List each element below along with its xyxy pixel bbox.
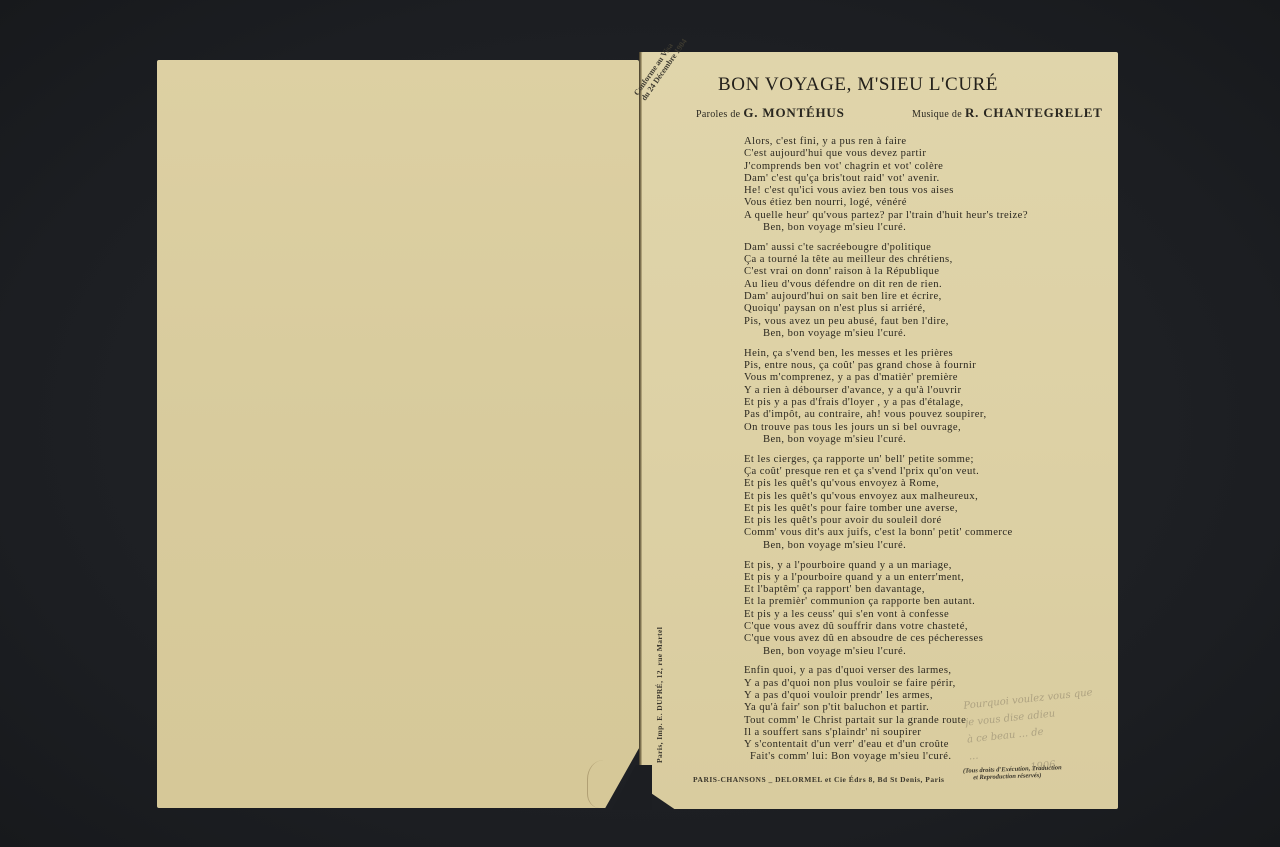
publisher-imprint: PARIS-CHANSONS _ DELORMEL et Cie Édrs 8,… [693, 775, 944, 784]
refrain-line: Ben, bon voyage m'sieu l'curé. [744, 328, 1028, 340]
lyric-line: On trouve pas tous les jours un si bel o… [744, 422, 1028, 434]
printer-imprint: Paris, Imp. E. DUPRÉ, 12, rue Martel [655, 627, 664, 763]
lyric-line: Comm' vous dit's aux juifs, c'est la bon… [744, 527, 1028, 539]
refrain-line: Ben, bon voyage m'sieu l'curé. [744, 434, 1028, 446]
lyric-line: Et pis les quêt's qu'vous envoyez à Rome… [744, 478, 1028, 490]
lyric-line: Et les cierges, ça rapporte un' bell' pe… [744, 454, 1028, 466]
refrain-line: Ben, bon voyage m'sieu l'curé. [744, 646, 1028, 658]
lyricist-credit: Paroles de G. MONTÉHUS [696, 105, 845, 121]
lyric-line: Pas d'impôt, au contraire, ah! vous pouv… [744, 409, 1028, 421]
lyric-line: Et pis y a les ceuss' qui s'en vont à co… [744, 609, 1028, 621]
lyric-line: Alors, c'est fini, y a pus ren à faire [744, 136, 1028, 148]
lyrics-body: Alors, c'est fini, y a pus ren à faire C… [744, 136, 1028, 771]
lyric-line: Et pis y a pas d'frais d'loyer , y a pas… [744, 397, 1028, 409]
left-page-blank [157, 60, 639, 808]
lyric-line: Ça a tourné la tête au meilleur des chré… [744, 254, 1028, 266]
center-fold [639, 52, 642, 770]
lyric-line: Dam' aujourd'hui on sait ben lire et écr… [744, 291, 1028, 303]
lyric-line: Et pis les quêt's qu'vous envoyez aux ma… [744, 491, 1028, 503]
lyric-line: Enfin quoi, y a pas d'quoi verser des la… [744, 665, 1028, 677]
lyric-line: Et pis, y a l'pourboire quand y a un mar… [744, 560, 1028, 572]
lyric-line: Pis, entre nous, ça coût' pas grand chos… [744, 360, 1028, 372]
refrain-line: Ben, bon voyage m'sieu l'curé. [744, 540, 1028, 552]
lyric-line: Ça coût' presque ren et ça s'vend l'prix… [744, 466, 1028, 478]
lyric-line: C'est aujourd'hui que vous devez partir [744, 148, 1028, 160]
stanza-2: Dam' aussi c'te sacréebougre d'politique… [744, 242, 1028, 340]
lyric-line: Dam' aussi c'te sacréebougre d'politique [744, 242, 1028, 254]
lyric-line: C'que vous avez dû en absoudre de ces pé… [744, 633, 1028, 645]
lyric-line: Hein, ça s'vend ben, les messes et les p… [744, 348, 1028, 360]
lyric-line: Vous m'comprenez, y a pas d'matièr' prem… [744, 372, 1028, 384]
lyric-line: Dam' c'est qu'ça bris'tout raid' vot' av… [744, 173, 1028, 185]
lyric-line: Et l'baptêm' ça rapport' ben davantage, [744, 584, 1028, 596]
stanza-4: Et les cierges, ça rapporte un' bell' pe… [744, 454, 1028, 552]
lyric-line: Et pis les quêt's pour faire tomber une … [744, 503, 1028, 515]
lyric-line: Y a rien à débourser d'avance, y a qu'à … [744, 385, 1028, 397]
lyric-line: J'comprends ben vot' chagrin et vot' col… [744, 161, 1028, 173]
lyric-line: A quelle heur' qu'vous partez? par l'tra… [744, 210, 1028, 222]
scan-background: Conforme au Visa du 24 Décembre 1904 BON… [0, 0, 1280, 847]
lyric-line: C'que vous avez dû souffrir dans votre c… [744, 621, 1028, 633]
composer-name: R. CHANTEGRELET [965, 105, 1103, 120]
song-title: BON VOYAGE, M'SIEU L'CURÉ [718, 74, 998, 96]
stanza-3: Hein, ça s'vend ben, les messes et les p… [744, 348, 1028, 446]
music-label: Musique de [912, 109, 962, 120]
lyric-line: Et la premièr' communion ça rapporte ben… [744, 596, 1028, 608]
lyric-line: Vous étiez ben nourri, logé, vénéré [744, 197, 1028, 209]
lyric-line: He! c'est qu'ici vous aviez ben tous vos… [744, 185, 1028, 197]
lyric-line: Au lieu d'vous défendre on dit ren de ri… [744, 279, 1028, 291]
lyric-line: Et pis y a l'pourboire quand y a un ente… [744, 572, 1028, 584]
lyric-line: Pis, vous avez un peu abusé, faut ben l'… [744, 316, 1028, 328]
lyric-line: Et pis les quêt's pour avoir du souleil … [744, 515, 1028, 527]
refrain-line: Ben, bon voyage m'sieu l'curé. [744, 222, 1028, 234]
lyric-line: C'est vrai on donn' raison à la Républiq… [744, 266, 1028, 278]
lyric-line: Y a pas d'quoi non plus vouloir se faire… [744, 678, 1028, 690]
lyrics-label: Paroles de [696, 109, 740, 120]
lyric-line: Quoiqu' paysan on n'est plus si arriéré, [744, 303, 1028, 315]
lyricist-name: G. MONTÉHUS [743, 105, 844, 120]
faded-handwritten-note: Pourquoi voulez vous que je vous dise ad… [963, 683, 1119, 808]
composer-credit: Musique de R. CHANTEGRELET [912, 105, 1103, 121]
stanza-1: Alors, c'est fini, y a pus ren à faire C… [744, 136, 1028, 234]
stanza-5: Et pis, y a l'pourboire quand y a un mar… [744, 560, 1028, 658]
